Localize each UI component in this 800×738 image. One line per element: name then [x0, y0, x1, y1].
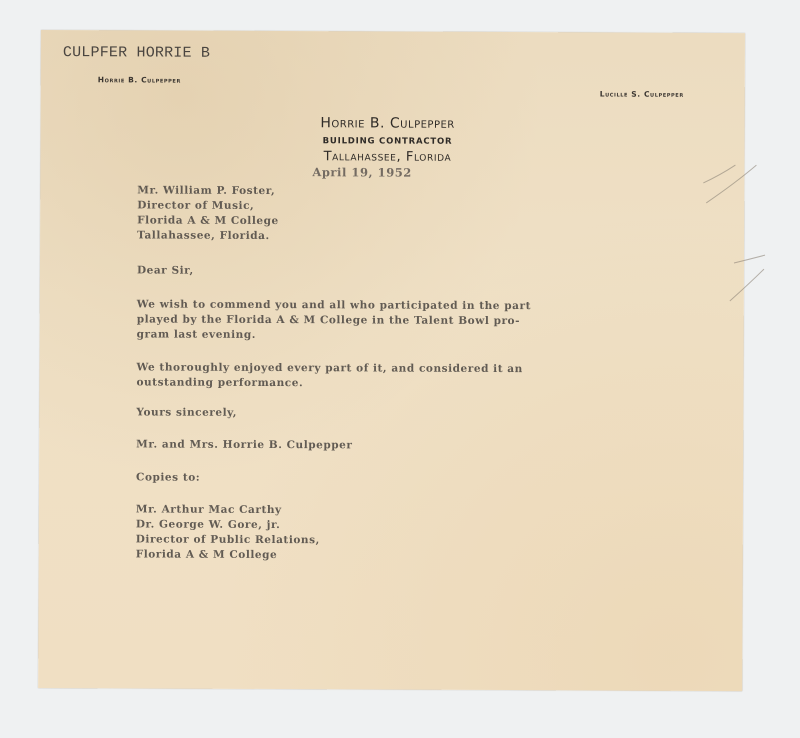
letterhead-right-name: Lucille S. Culpepper — [600, 89, 684, 98]
letterhead-company-title: BUILDING CONTRACTOR — [35, 135, 739, 148]
copy-recipient: Florida A & M College — [136, 547, 320, 563]
scanned-page: CULPFER HORRIE B Horrie B. Culpepper Luc… — [0, 0, 800, 738]
signature: Mr. and Mrs. Horrie B. Culpepper — [136, 437, 352, 453]
letterhead-company-name: Horrie B. Culpepper — [36, 114, 740, 133]
body-paragraph-1: We wish to commend you and all who parti… — [137, 297, 617, 344]
letterhead-left-name: Horrie B. Culpepper — [98, 75, 181, 84]
pencil-marks-icon — [640, 153, 800, 314]
body-paragraph-2: We thoroughly enjoyed every part of it, … — [136, 360, 616, 392]
letter-date: April 19, 1952 — [312, 165, 412, 180]
salutation: Dear Sir, — [137, 263, 194, 278]
file-label: CULPFER HORRIE B — [63, 44, 210, 62]
address-line: Mr. William P. Foster, — [137, 183, 279, 199]
recipient-address: Mr. William P. Foster, Director of Music… — [137, 183, 279, 244]
copies-list: Mr. Arthur Mac Carthy Dr. George W. Gore… — [136, 502, 320, 563]
copies-label: Copies to: — [136, 470, 200, 485]
copy-recipient: Dr. George W. Gore, jr. — [136, 517, 320, 533]
body-line: gram last evening. — [137, 327, 617, 344]
closing: Yours sincerely, — [136, 405, 237, 420]
body-line: outstanding performance. — [136, 375, 616, 392]
address-line: Tallahassee, Florida. — [137, 228, 279, 244]
letter-paper: CULPFER HORRIE B Horrie B. Culpepper Luc… — [38, 30, 745, 691]
copy-recipient: Director of Public Relations, — [136, 532, 320, 548]
address-line: Florida A & M College — [137, 213, 279, 229]
copy-recipient: Mr. Arthur Mac Carthy — [136, 502, 320, 518]
letterhead-city: Tallahassee, Florida — [35, 148, 739, 166]
address-line: Director of Music, — [137, 198, 279, 214]
